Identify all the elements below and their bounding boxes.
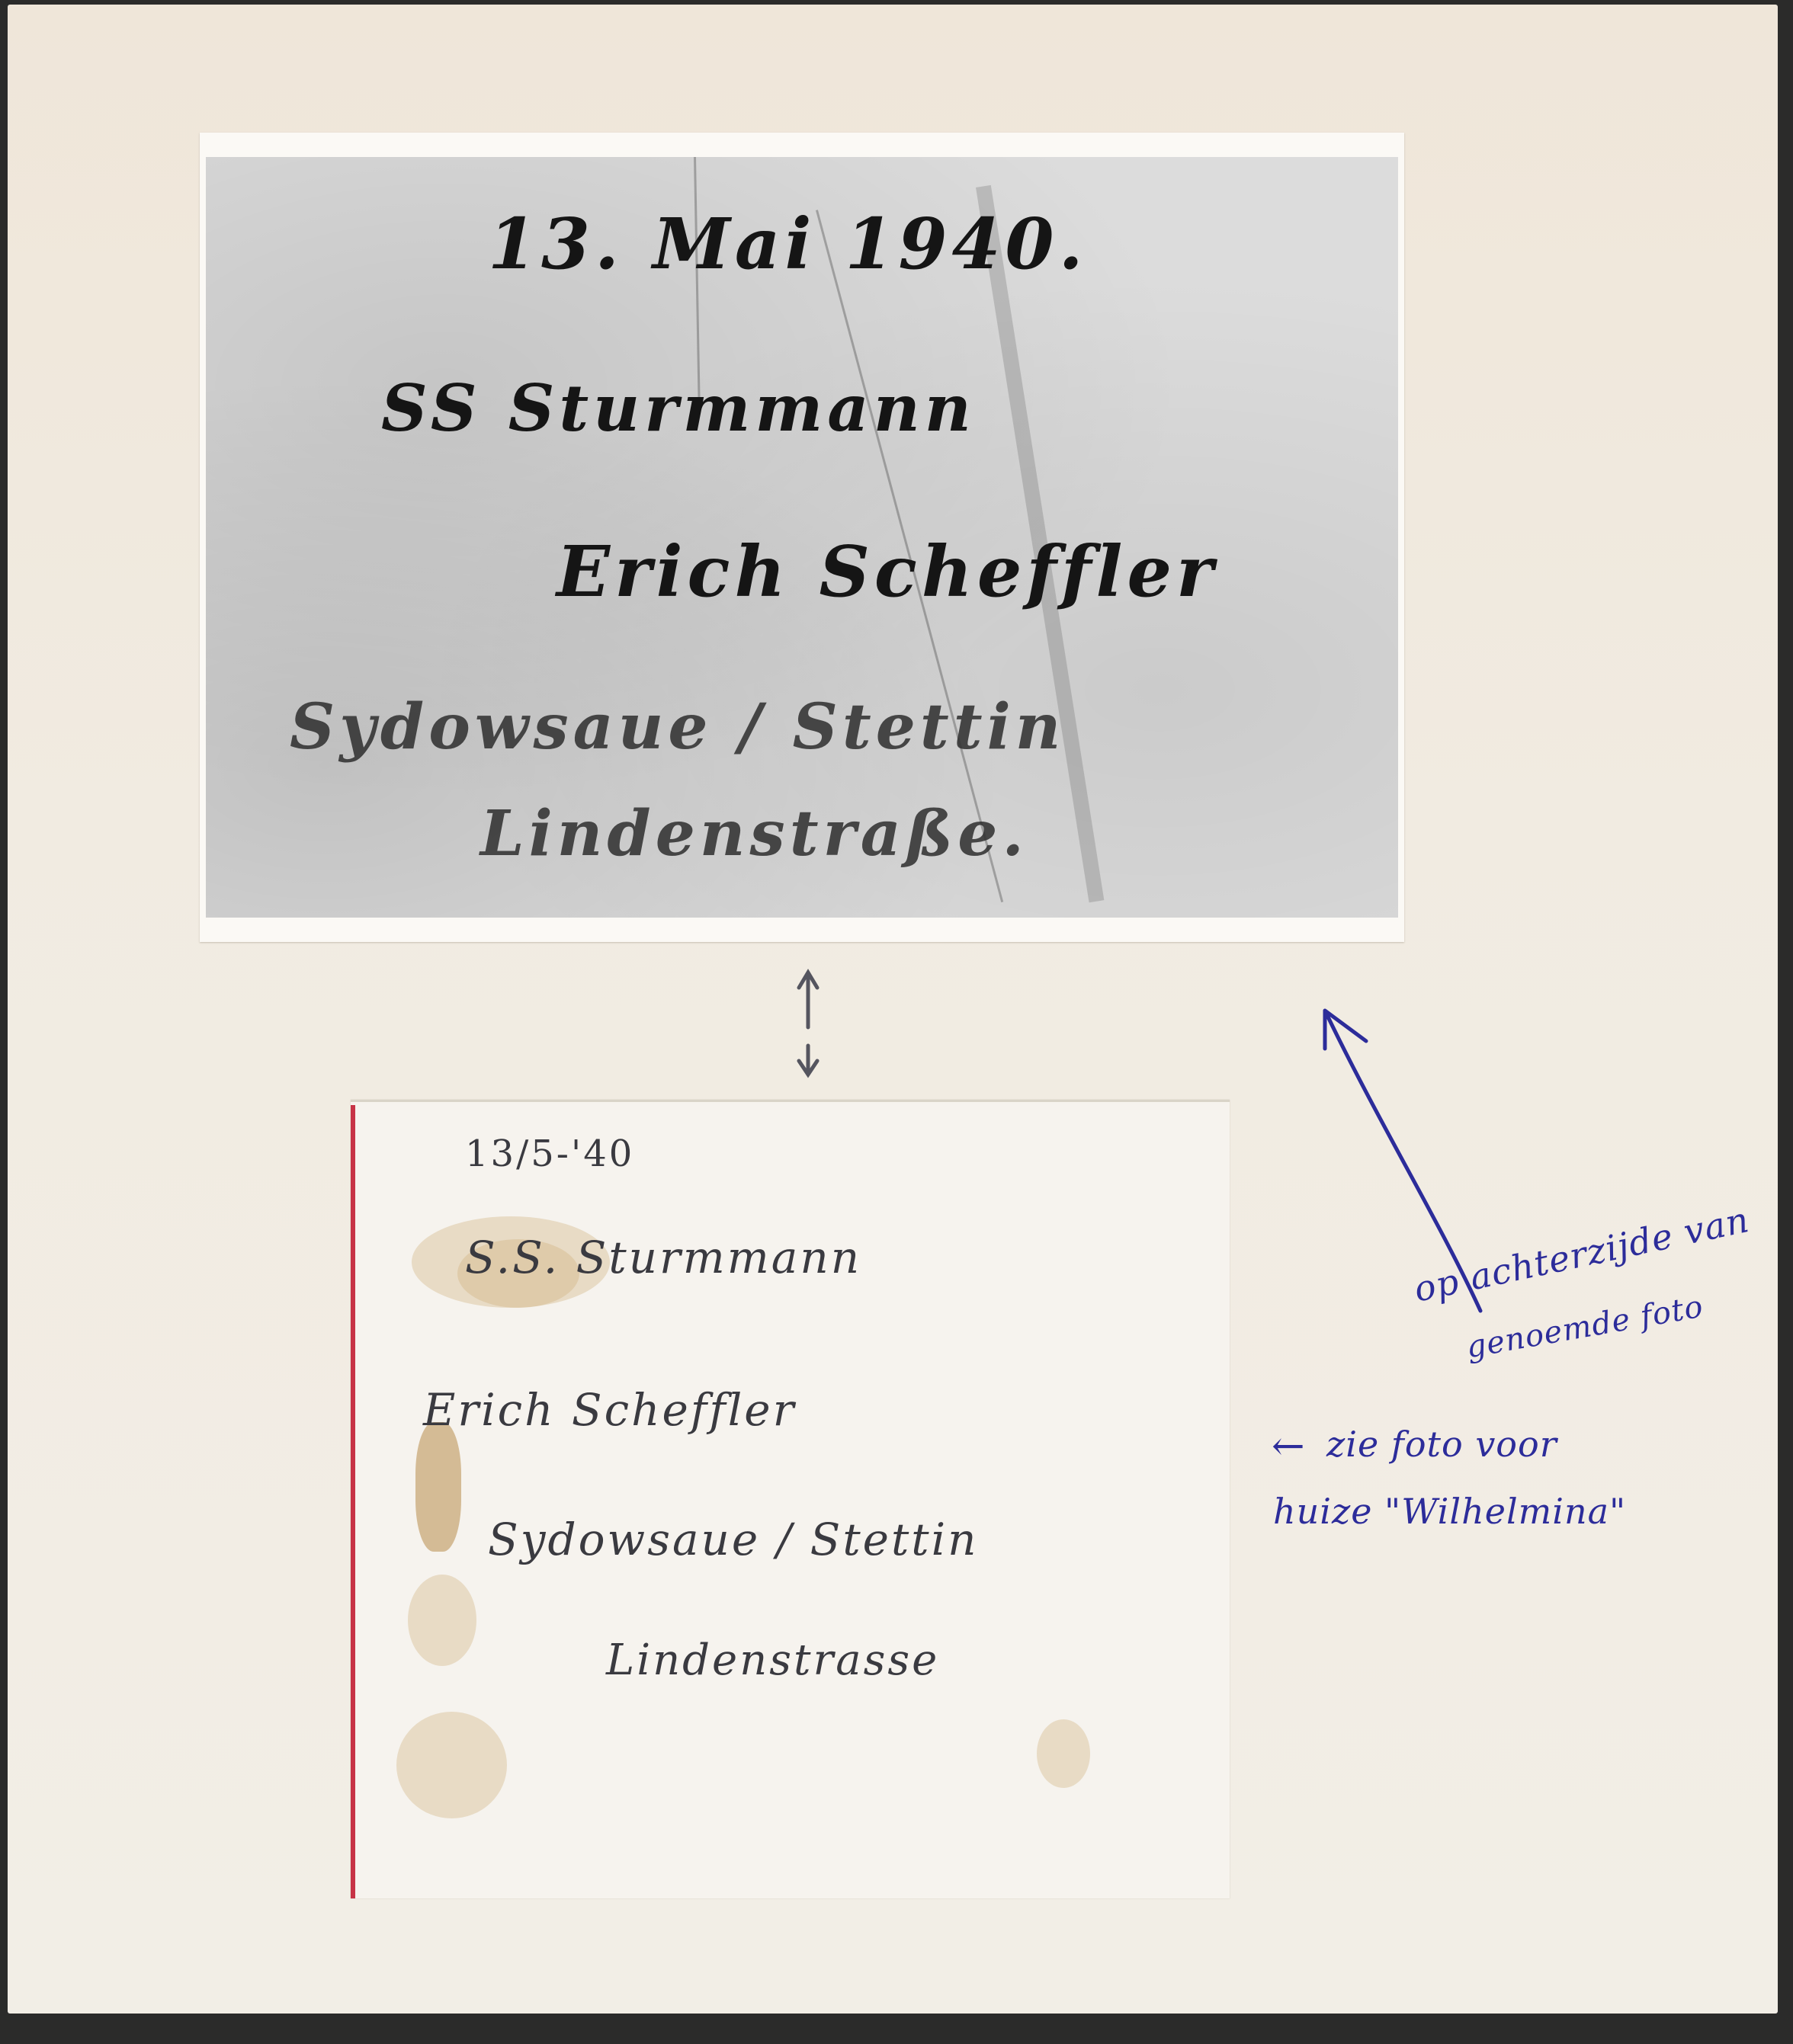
card-text-date: 13/5-'40: [465, 1133, 634, 1175]
photo-text-name: Erich Scheffler: [557, 530, 1217, 613]
stain: [408, 1575, 476, 1666]
photo-text-rank: SS Sturmmann: [381, 370, 976, 446]
card-red-edge: [351, 1105, 355, 1898]
annotation-back-line1: op achterzijde van: [1410, 1199, 1753, 1310]
photograph-image: 13. Mai 1940. SS Sturmmann Erich Scheffl…: [206, 157, 1398, 918]
card-text-rank: S.S. Sturmmann: [465, 1232, 861, 1283]
photo-text-town: Sydowsaue / Stettin: [290, 690, 1065, 764]
annotation-back-line2: genoemde foto: [1464, 1289, 1706, 1365]
stain: [396, 1712, 507, 1818]
annotation-see-arrow: ←: [1272, 1424, 1306, 1469]
card-text-town: Sydowsaue / Stettin: [488, 1514, 979, 1565]
photograph-print: 13. Mai 1940. SS Sturmmann Erich Scheffl…: [200, 133, 1404, 942]
annotation-see-line2: huize "Wilhelmina": [1273, 1491, 1626, 1532]
mount-page: 13. Mai 1940. SS Sturmmann Erich Scheffl…: [8, 5, 1778, 2014]
double-arrow-icon: [793, 966, 823, 1081]
photo-text-street: Lindenstraße.: [480, 797, 1028, 870]
stain: [1037, 1719, 1090, 1788]
card-text-name: Erich Scheffler: [423, 1384, 796, 1436]
stain: [415, 1422, 461, 1552]
annotation-see-line1: zie foto voor: [1326, 1424, 1557, 1465]
photo-text-date: 13. Mai 1940.: [488, 203, 1088, 285]
note-card: 13/5-'40 S.S. Sturmmann Erich Scheffler …: [351, 1100, 1230, 1898]
card-text-street: Lindenstrasse: [606, 1636, 939, 1685]
